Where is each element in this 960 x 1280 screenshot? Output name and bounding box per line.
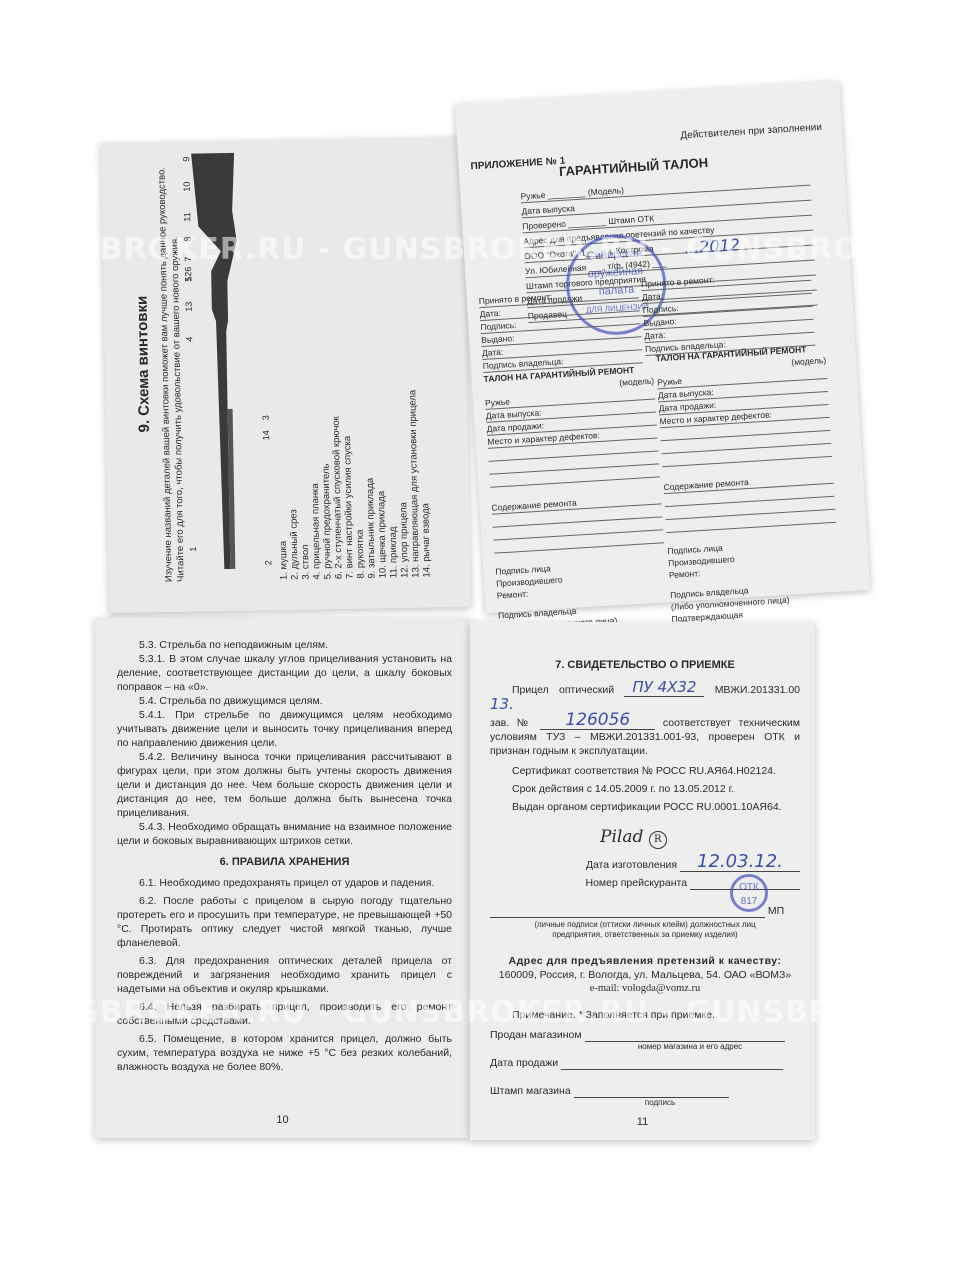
manufacture-date-field: 12.03.12.	[680, 855, 800, 872]
rifle-diagram-intro: Изучение названий деталей вашей винтовки…	[156, 162, 187, 582]
manufacture-date-label: Дата изготовления	[586, 859, 677, 871]
paragraph: 6.5. Помещение, в котором хранится прице…	[117, 1032, 452, 1074]
signatures-note: (личные подписи (оттиски личных клейм) д…	[520, 920, 770, 940]
sale-date-label: Дата продажи	[490, 1057, 558, 1069]
sold-by-label: Продан магазином	[490, 1029, 582, 1041]
page-number: 10	[95, 1114, 470, 1126]
part-item: 14. рычаг взвода	[418, 390, 432, 578]
paragraph: 6.4. Нельзя разбирать прицел, производит…	[117, 1000, 452, 1028]
handwritten-sale-date: ...2012	[683, 235, 740, 257]
otk-stamp-line: ОТК	[733, 881, 765, 895]
page-10: 5.3. Стрельба по неподвижным целям.5.3.1…	[95, 618, 470, 1138]
scope-model-field: ПУ 4Х32	[624, 680, 704, 697]
paragraph: 5.4.3. Необходимо обращать внимание на в…	[117, 820, 452, 848]
repairer-signature: Подпись лицаПроизводившегоРемонт:	[495, 555, 667, 601]
sold-by-row: Продан магазином	[490, 1028, 800, 1042]
paragraph: 5.3. Стрельба по неподвижным целям.	[117, 638, 452, 652]
shop-stamp-label: Штамп магазина	[490, 1085, 571, 1097]
warranty-title: ГАРАНТИЙНЫЙ ТАЛОН	[559, 155, 709, 179]
paragraph: 6.1. Необходимо предохранять прицел от у…	[117, 876, 452, 890]
rifle-diagram-title: 9. Схема винтовки	[134, 296, 153, 433]
manufacture-date-handwritten: 12.03.12.	[697, 851, 783, 872]
page-10-body: 5.3. Стрельба по неподвижным целям.5.3.1…	[117, 638, 452, 1078]
callout-number: 2	[263, 560, 273, 565]
shop-stamp-field	[574, 1085, 729, 1098]
callout-number: 10	[182, 182, 192, 192]
spec-code: МВЖИ.201331.00	[715, 684, 800, 696]
manufacture-date-row: Дата изготовления 12.03.12.	[490, 855, 800, 872]
repair-coupon-left: ТАЛОН НА ГАРАНТИЙНЫЙ РЕМОНТ(модель)Ружье…	[483, 363, 670, 658]
paragraph: 5.4. Стрельба по движущимся целям.	[117, 694, 452, 708]
signature-hint: подпись	[520, 1098, 800, 1108]
brand-name: Pilad	[600, 827, 643, 847]
registered-mark-icon: R	[649, 831, 667, 849]
claims-address: 160009, Россия, г. Вологда, ул. Мальцева…	[490, 968, 800, 982]
acceptance-certificate: 7. СВИДЕТЕЛЬСТВО О ПРИЕМКЕ Прицел оптиче…	[490, 650, 800, 1108]
claims-title: Адрес для предъявления претензий к качес…	[490, 954, 800, 968]
certificate-number: Сертификат соответствия № РОСС RU.АЯ64.Н…	[490, 764, 800, 778]
appendix-label: ПРИЛОЖЕНИЕ № 1	[470, 156, 565, 173]
callout-number: 1	[188, 547, 198, 552]
repair-log-right: Принято в ремонт:Дата:Подпись:Выдано:Дат…	[641, 268, 815, 356]
serial-label: зав. №	[490, 717, 533, 729]
validity-note: Действителен при заполнении	[680, 122, 822, 142]
scope-label: Прицел оптический	[512, 684, 614, 696]
acceptance-title: 7. СВИДЕТЕЛЬСТВО О ПРИЕМКЕ	[490, 658, 800, 672]
sale-date-row: Дата продажи	[490, 1056, 800, 1070]
rifle-diagram-section: 9. Схема винтовки Изучение названий дета…	[131, 137, 439, 582]
callout-number: 9	[181, 157, 191, 162]
paragraph: 5.3.1. В этом случае шкалу углов прицели…	[117, 652, 452, 694]
serial-line: зав. № 126056 соответствует техническим …	[490, 713, 800, 758]
page-number: 11	[470, 1116, 815, 1128]
parts-list: 1. мушка2. дульный срез3. ствол4. прицел…	[275, 390, 432, 581]
serial-handwritten: 126056	[565, 710, 630, 730]
rifle-silhouette-icon	[189, 151, 256, 572]
sold-by-hint: номер магазина и его адрес	[580, 1042, 800, 1052]
signature-row: МП ОТК 817	[490, 904, 800, 918]
otk-stamp: ОТК 817	[730, 874, 768, 912]
page-rifle-diagram: 9. Схема винтовки Изучение названий дета…	[101, 137, 471, 613]
claims-email: e-mail: vologda@vomz.ru	[490, 982, 800, 996]
otk-stamp-line: 817	[733, 895, 765, 909]
mp-label: МП	[768, 905, 784, 917]
price-list-label: Номер прейскуранта	[586, 877, 688, 889]
repair-coupon-right: ТАЛОН НА ГАРАНТИЙНЫЙ РЕМОНТ(модель)Ружье…	[655, 342, 842, 637]
callout-number: 14	[261, 430, 271, 440]
note: Примечание. * Заполняется при приемке.	[490, 1008, 800, 1022]
callout-number: 4	[184, 337, 194, 342]
certificate-validity: Срок действия с 14.05.2009 г. по 13.05.2…	[490, 782, 800, 796]
section-6-title: 6. ПРАВИЛА ХРАНЕНИЯ	[117, 856, 452, 868]
spec-suffix-handwritten: 13.	[490, 695, 514, 713]
callout-number: 8	[183, 237, 193, 242]
paragraph: 5.4.2. Величину выноса точки прицеливани…	[117, 750, 452, 820]
repair-log-left: Принято в ремонт:Дата:Подпись:Выдано:Дат…	[478, 285, 642, 373]
paragraph: 5.4.1. При стрельбе по движущимся целям …	[117, 708, 452, 750]
shop-stamp-row: Штамп магазина	[490, 1084, 800, 1098]
callout-number: 7	[183, 257, 193, 262]
paragraph: 6.3. Для предохранения оптических детале…	[117, 954, 452, 996]
sold-by-field	[585, 1029, 785, 1042]
page-warranty-card: Действителен при заполнении ПРИЛОЖЕНИЕ №…	[455, 81, 870, 614]
sale-date-field	[561, 1057, 783, 1070]
repairer-signature: Подпись лицаПроизводившегоРемонт:	[667, 535, 839, 581]
callout-number: 12	[183, 272, 193, 282]
page-11: 7. СВИДЕТЕЛЬСТВО О ПРИЕМКЕ Прицел оптиче…	[470, 622, 815, 1140]
certificate-issuer: Выдан органом сертификации РОСС RU.0001.…	[490, 800, 800, 814]
brand-logo: Pilad R	[600, 830, 800, 849]
paragraph: 6.2. После работы с прицелом в сырую пог…	[117, 894, 452, 950]
scope-model-handwritten: ПУ 4Х32	[632, 678, 696, 696]
scope-line: Прицел оптический ПУ 4Х32 МВЖИ.201331.00…	[490, 680, 800, 713]
serial-field: 126056	[540, 713, 655, 730]
section-6-paragraphs: 6.1. Необходимо предохранять прицел от у…	[117, 876, 452, 1074]
callout-number: 3	[261, 415, 271, 420]
callout-number: 13	[184, 302, 194, 312]
signature-field	[490, 905, 765, 918]
callout-number: 11	[182, 212, 192, 222]
section-5-paragraphs: 5.3. Стрельба по неподвижным целям.5.3.1…	[117, 638, 452, 848]
